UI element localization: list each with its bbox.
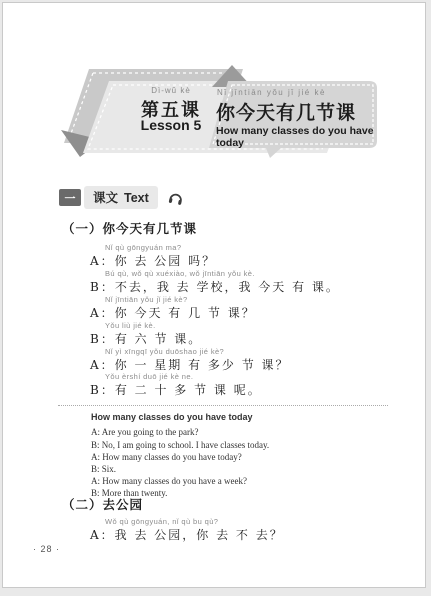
section-number-badge: 一 [59, 189, 81, 206]
dialog1-heading-title: 你今天有几节课 [103, 221, 198, 236]
speaker-label: A： [90, 358, 115, 372]
chinese-text: 你 今天 有 几 节 课？ [115, 306, 256, 320]
pinyin-line: Wǒ qù gōngyuán, nǐ qù bu qù? [105, 517, 218, 526]
page-number: · 28 · [33, 544, 60, 554]
section-header: 一 课文 Text [59, 186, 184, 209]
translation-line: B: Six. [91, 464, 116, 474]
speaker-label: A： [90, 254, 115, 268]
chinese-text: 你 去 公园 吗？ [115, 254, 216, 268]
dialog-line: A：你 今天 有 几 节 课？ [90, 304, 256, 321]
translation-line: A: Are you going to the park? [91, 427, 198, 437]
speaker-label: B： [90, 383, 115, 397]
section-label-english: Text [124, 191, 149, 205]
section-label-chinese: 课文 [93, 188, 118, 206]
translation-line: B: No, I am going to school. I have clas… [91, 440, 269, 450]
dialog2-heading-number: （二） [62, 497, 103, 512]
headphones-icon [166, 188, 185, 207]
dialog-line: B：有 二 十 多 节 课 呢。 [90, 381, 262, 398]
dialog-line: B：不去，我 去 学校，我 今天 有 课。 [90, 278, 340, 295]
pinyin-line: Yǒu liù jié kè. [105, 321, 156, 330]
dialog2-heading: （二）去公园 [62, 495, 143, 513]
section-label: 课文 Text [84, 186, 158, 209]
speaker-label: A： [90, 306, 115, 320]
translation-heading: How many classes do you have today [91, 412, 253, 422]
pinyin-line: Nǐ jīntiān yǒu jǐ jié kè? [105, 295, 188, 304]
lesson-title-pinyin: Nǐ jīntiān yǒu jǐ jié kè [217, 88, 377, 97]
lesson-number-pinyin: Dì-wǔ kè [121, 86, 221, 95]
chinese-text: 有 六 节 课。 [115, 332, 202, 346]
dialog1-heading-number: （一） [62, 221, 103, 236]
chinese-text: 你 一 星期 有 多少 节 课？ [115, 358, 290, 372]
speaker-label: A： [90, 528, 115, 542]
pinyin-line: Nǐ qù gōngyuán ma? [105, 243, 181, 252]
dialog-line: B：有 六 节 课。 [90, 330, 202, 347]
dotted-divider [58, 405, 388, 406]
translation-line: A: How many classes do you have a week? [91, 476, 247, 486]
chinese-text: 有 二 十 多 节 课 呢。 [115, 383, 262, 397]
translation-line: A: How many classes do you have today? [91, 452, 242, 462]
speaker-label: B： [90, 332, 115, 346]
dialog-line: A：我 去 公园，你 去 不 去？ [90, 526, 284, 543]
lesson-title-english: How many classes do you have today [216, 125, 381, 149]
lesson-title-chinese: 你今天有几节课 [216, 98, 381, 125]
dialog-line: A：你 一 星期 有 多少 节 课？ [90, 356, 290, 373]
pinyin-line: Nǐ yì xīngqī yǒu duōshao jié kè? [105, 347, 224, 356]
pinyin-line: Yǒu èrshí duō jié kè ne. [105, 372, 193, 381]
chinese-text: 不去，我 去 学校，我 今天 有 课。 [115, 280, 340, 294]
dialog1-heading: （一）你今天有几节课 [62, 219, 197, 237]
speaker-label: B： [90, 280, 115, 294]
dialog-line: A：你 去 公园 吗？ [90, 252, 216, 269]
chinese-text: 我 去 公园，你 去 不 去？ [115, 528, 284, 542]
book-page: Dì-wǔ kè 第五课 Lesson 5 Nǐ jīntiān yǒu jǐ … [2, 2, 426, 588]
pinyin-line: Bú qù, wǒ qù xuéxiào, wǒ jīntiān yǒu kè. [105, 269, 255, 278]
lesson-number-english: Lesson 5 [121, 117, 221, 133]
dialog2-heading-title: 去公园 [103, 497, 144, 512]
